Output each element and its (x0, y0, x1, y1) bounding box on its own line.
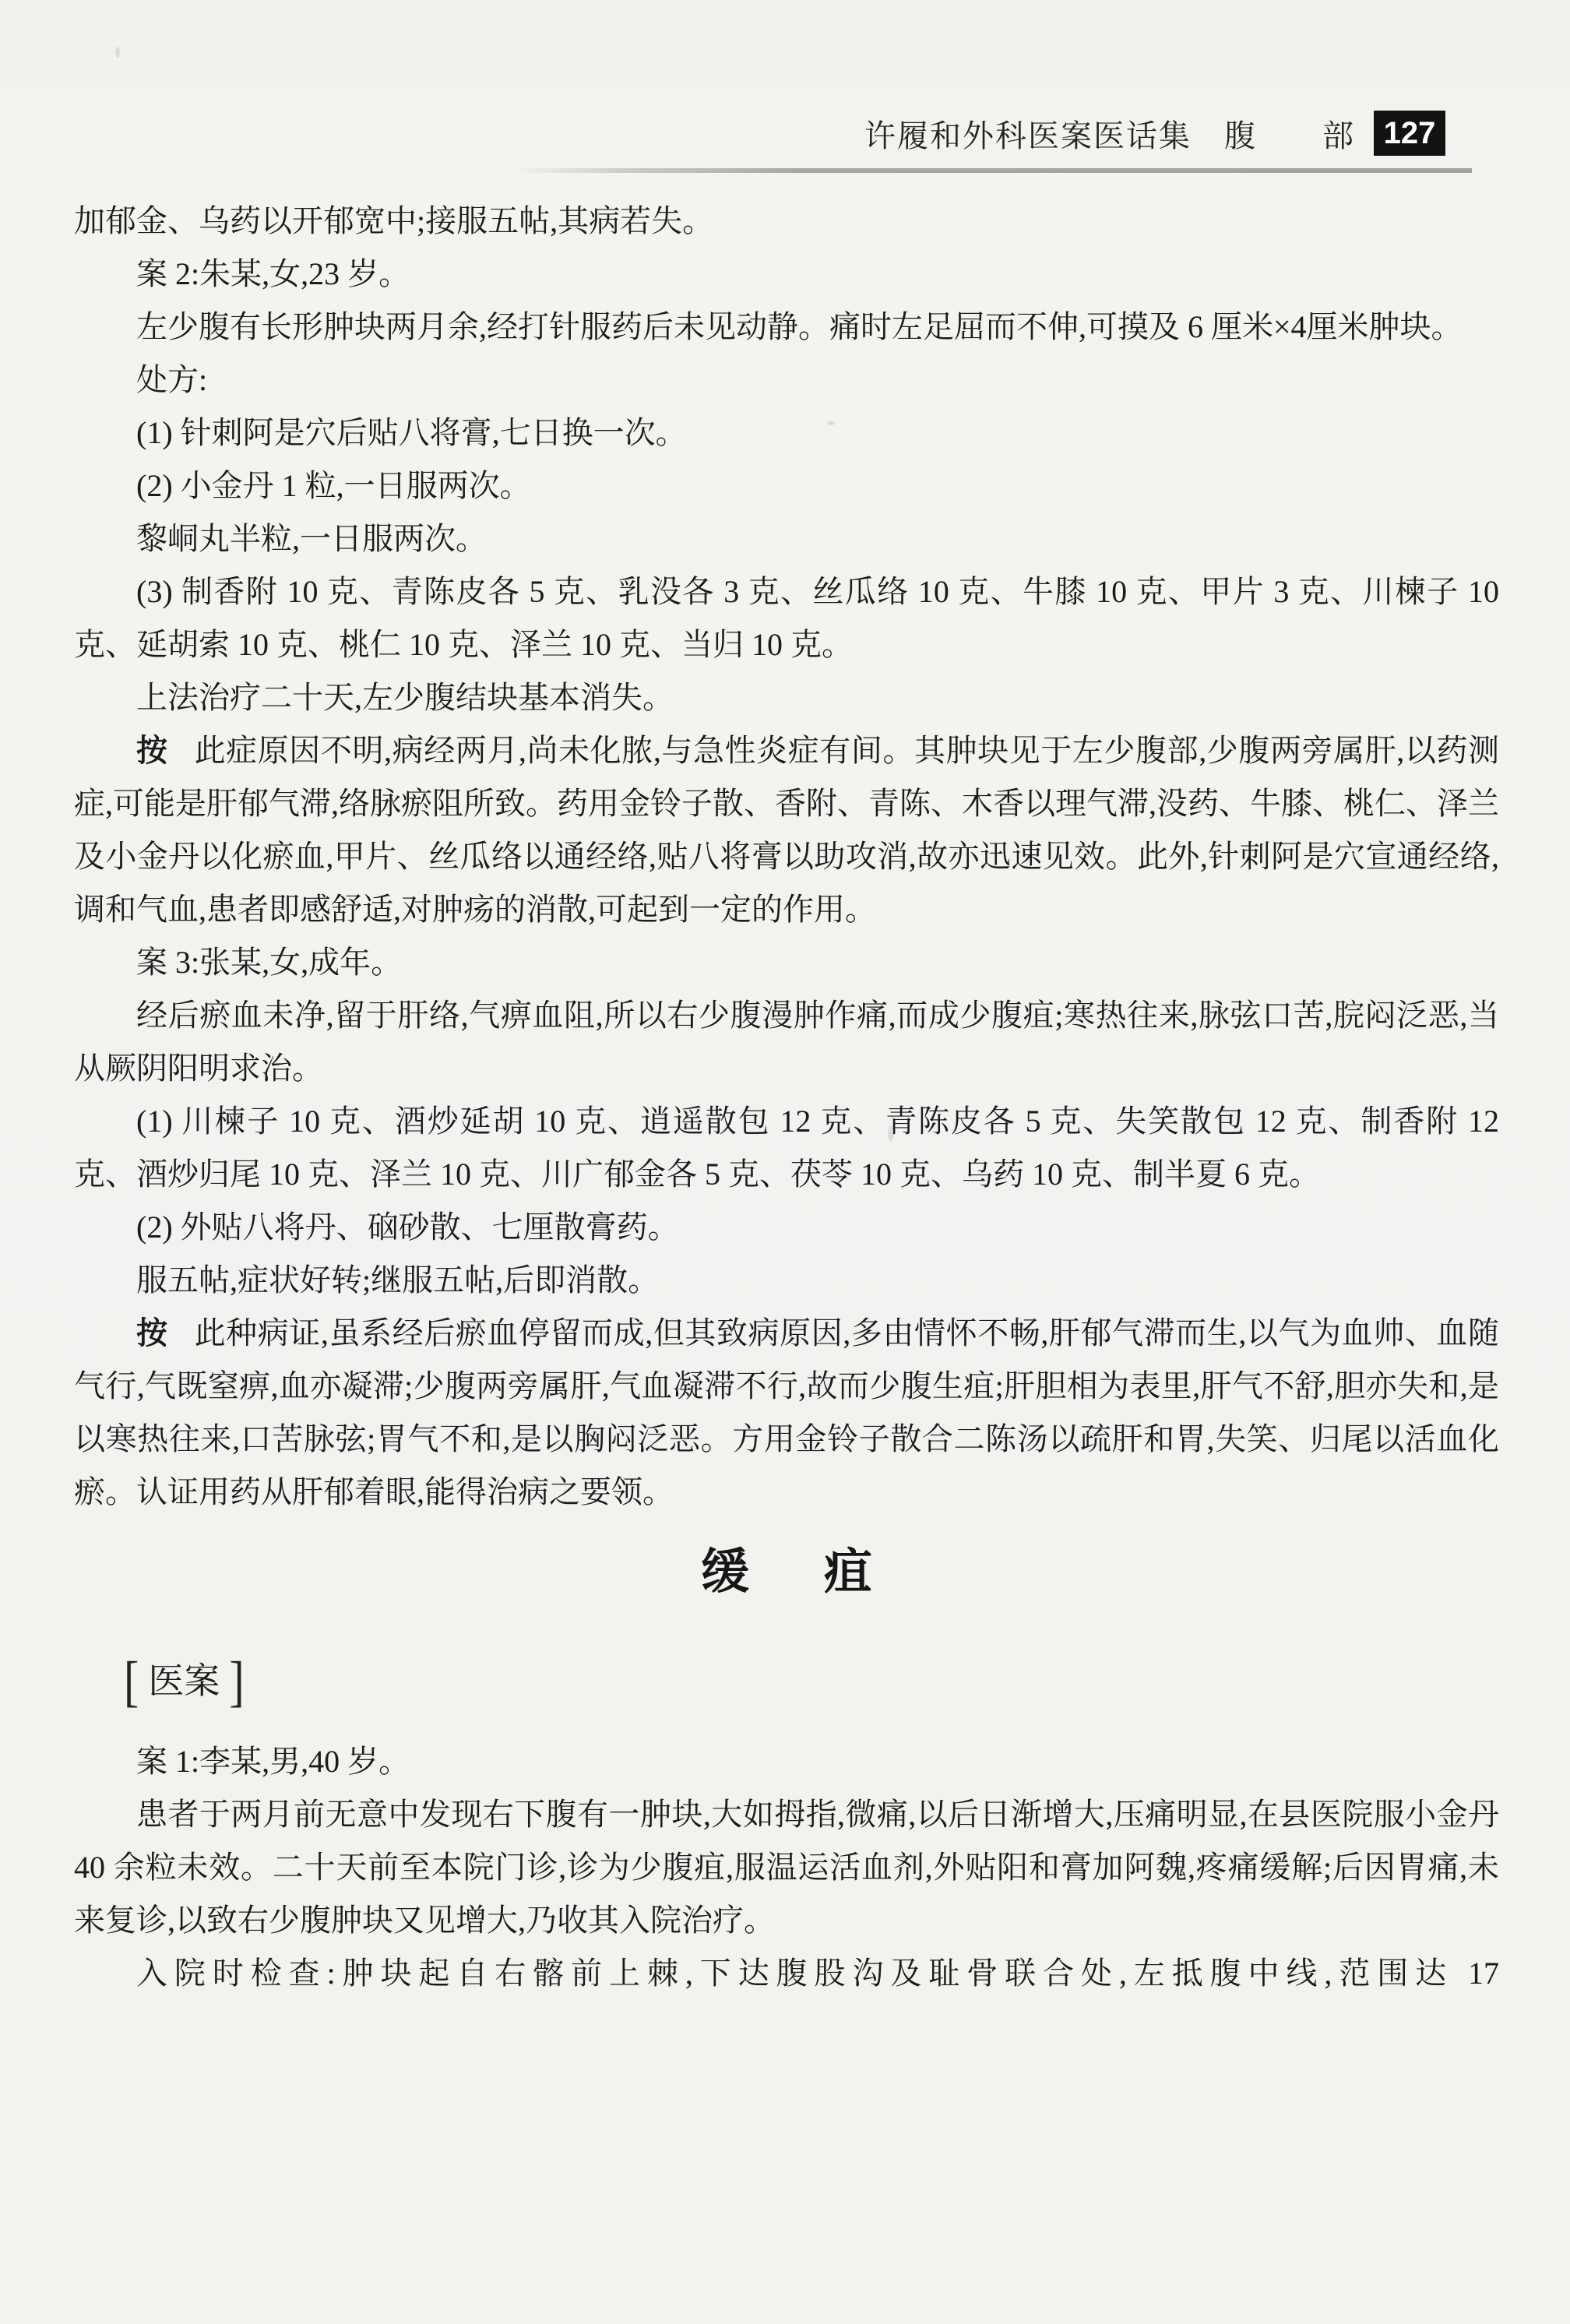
note-text: 此种病证,虽系经后瘀血停留而成,但其致病原因,多由情怀不畅,肝郁气滞而生,以气为… (74, 1315, 1499, 1509)
case3-rx-item-1: (1) 川楝子 10 克、酒炒延胡 10 克、逍遥散包 12 克、青陈皮各 5 … (74, 1095, 1499, 1201)
case3-history: 经后瘀血未净,留于肝络,气痹血阻,所以右少腹漫肿作痛,而成少腹疽;寒热往来,脉弦… (74, 989, 1499, 1095)
section-heading-char-1: 缓 (701, 1546, 749, 1599)
case-block-label-text: 医案 (148, 1651, 220, 1712)
case1-history: 患者于两月前无意中发现右下腹有一肿块,大如拇指,微痛,以后日渐增大,压痛明显,在… (74, 1788, 1499, 1947)
bracket-close: ] (229, 1653, 244, 1710)
case-block-label: [ 医案 ] (114, 1651, 1499, 1712)
case2-history: 左少腹有长形肿块两月余,经打针服药后未见动静。痛时左足屈而不伸,可摸及 6 厘米… (74, 301, 1499, 354)
scan-speck (827, 421, 835, 425)
case2-rx-item-2: (2) 小金丹 1 粒,一日服两次。 (74, 460, 1499, 512)
scan-speck (115, 47, 120, 58)
case3-result: 服五帖,症状好转;继服五帖,后即消散。 (74, 1254, 1499, 1307)
note-text: 此症原因不明,病经两月,尚未化脓,与急性炎症有间。其肿块见于左少腹部,少腹两旁属… (74, 733, 1499, 927)
scanned-book-page: 许履和外科医案医话集 腹 部 127 加郁金、乌药以开郁宽中;接服五帖,其病若失… (0, 0, 1570, 2324)
case3-heading: 案 3:张某,女,成年。 (74, 936, 1499, 989)
chapter-label: 腹 (1224, 111, 1255, 156)
case2-rx-item-1: (1) 针刺阿是穴后贴八将膏,七日换一次。 (74, 407, 1499, 460)
case1-heading: 案 1:李某,男,40 岁。 (74, 1735, 1499, 1788)
section-heading-char-2: 疽 (824, 1546, 872, 1599)
page-number-badge: 127 (1374, 111, 1445, 156)
header-rule (514, 168, 1472, 173)
bracket-open: [ (124, 1653, 139, 1710)
scan-speck (888, 1125, 894, 1141)
running-header: 许履和外科医案医话集 腹 部 127 (864, 111, 1445, 156)
book-title: 许履和外科医案医话集 (864, 111, 1192, 156)
case1-exam: 入院时检查:肿块起自右髂前上棘,下达腹股沟及耻骨联合处,左抵腹中线,范围达 17 (74, 1947, 1499, 2000)
case3-rx-item-2: (2) 外贴八将丹、硇砂散、七厘散膏药。 (74, 1201, 1499, 1254)
case2-rx-item-3: (3) 制香附 10 克、青陈皮各 5 克、乳没各 3 克、丝瓜络 10 克、牛… (74, 565, 1499, 671)
case2-rx-item-2b: 黎峒丸半粒,一日服两次。 (74, 512, 1499, 565)
note-label: 按 (136, 733, 168, 768)
paragraph-continuation: 加郁金、乌药以开郁宽中;接服五帖,其病若失。 (74, 195, 1499, 248)
case2-note: 按此症原因不明,病经两月,尚未化脓,与急性炎症有间。其肿块见于左少腹部,少腹两旁… (74, 724, 1499, 936)
case2-heading: 案 2:朱某,女,23 岁。 (74, 248, 1499, 301)
chapter-label-suffix: 部 (1322, 111, 1354, 156)
case2-result: 上法治疗二十天,左少腹结块基本消失。 (74, 671, 1499, 724)
section-heading: 缓疽 (74, 1539, 1499, 1606)
case3-note: 按此种病证,虽系经后瘀血停留而成,但其致病原因,多由情怀不畅,肝郁气滞而生,以气… (74, 1307, 1499, 1519)
note-label: 按 (136, 1315, 168, 1350)
case2-rx-label: 处方: (74, 354, 1499, 407)
page-content: 加郁金、乌药以开郁宽中;接服五帖,其病若失。 案 2:朱某,女,23 岁。 左少… (74, 195, 1499, 2000)
